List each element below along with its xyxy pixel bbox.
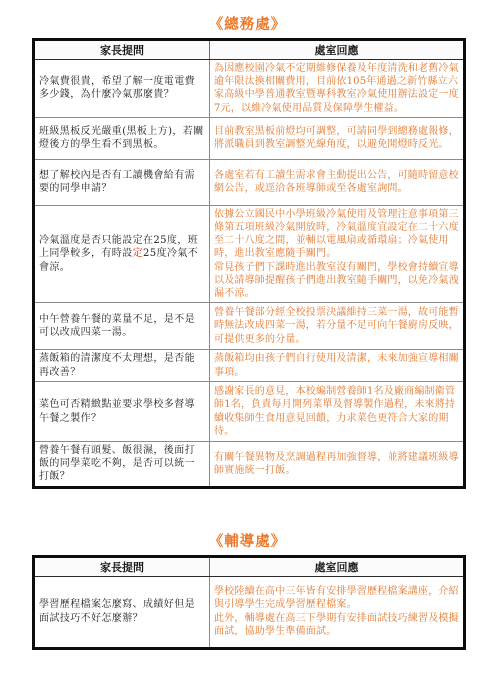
question-cell: 班級黑板反光嚴重(黑板上方)，若關燈後方的學生看不到黑板。 [34, 117, 210, 159]
answer-cell: 目前教室黑板前燈均可調整，可請同學到總務處報修，將派職員到教室調整光線角度，以避… [210, 117, 465, 159]
question-cell: 蒸飯箱的清潔度不太理想，是否能再改善？ [34, 350, 210, 382]
answer-cell: 營養午餐部分經全校投票決議維持三菜一湯，故可能暫時無法改成四菜一湯，若分量不足可… [210, 303, 465, 350]
section-general-affairs: 《總務處》 家長提問 處室回應 冷氣費很貴，希望了解一度電電費多少錢，為什麼冷氣… [32, 13, 463, 489]
question-cell: 營養午餐有頭髮、飯很濕，後面打飯的同學菜吃不夠，是否可以統一打飯？ [34, 442, 210, 488]
table-row: 班級黑板反光嚴重(黑板上方)，若關燈後方的學生看不到黑板。 目前教室黑板前燈均可… [34, 117, 465, 159]
answer-cell: 各處室若有工讀生需求會主動提出公告，可隨時留意校網公告，或逕洽各班導師或至各處室… [210, 159, 465, 205]
column-header-parent-question: 家長提問 [34, 556, 210, 576]
highlighted-character: 定 [133, 248, 143, 259]
table-header-row: 家長提問 處室回應 [34, 556, 465, 576]
question-cell: 菜色可否精緻點並要求學校多督導午餐之製作？ [34, 382, 210, 442]
question-cell: 想了解校內是否有工讀機會給有需要的同學申請？ [34, 159, 210, 205]
table-row: 想了解校內是否有工讀機會給有需要的同學申請？ 各處室若有工讀生需求會主動提出公告… [34, 159, 465, 205]
column-header-office-response: 處室回應 [210, 556, 465, 576]
question-cell: 學習歷程檔案怎麼寫、成績好但是面試技巧不好怎麼辦？ [34, 576, 210, 648]
answer-cell: 學校陸續在高中三年皆有安排學習歷程檔案講座，介紹與引導學生完成學習歷程檔案。 此… [210, 576, 465, 648]
section-title-general-affairs: 《總務處》 [32, 13, 463, 34]
answer-cell: 依據公立國民中小學班級冷氣使用及管理注意事項第三條第五項班級冷氣開放時，冷氣溫度… [210, 205, 465, 302]
table-header-row: 家長提問 處室回應 [34, 40, 465, 60]
section-counseling: 《輔導處》 家長提問 處室回應 學習歷程檔案怎麼寫、成績好但是面試技巧不好怎麼辦… [32, 530, 463, 650]
table-row: 蒸飯箱的清潔度不太理想，是否能再改善？ 蒸飯箱均由孩子們自行使用及清潔，未來加強… [34, 350, 465, 382]
answer-cell: 為因應校園冷氣不定期維修保養及年度清洗和老舊冷氣逾年限汰換相關費用，目前依105… [210, 60, 465, 118]
answer-cell: 蒸飯箱均由孩子們自行使用及清潔，未來加強宣導相關事項。 [210, 350, 465, 382]
column-header-office-response: 處室回應 [210, 40, 465, 60]
table-row: 冷氣溫度是否只能設定在25度，班上同學較多，有時設定25度冷氣不會涼。 依據公立… [34, 205, 465, 302]
section-title-counseling: 《輔導處》 [32, 530, 463, 551]
answer-cell: 有關午餐異物及烹調過程再加強督導，並將建議班級導師實施統一打飯。 [210, 442, 465, 488]
qa-table-counseling: 家長提問 處室回應 學習歷程檔案怎麼寫、成績好但是面試技巧不好怎麼辦？ 學校陸續… [32, 555, 466, 650]
table-row: 冷氣費很貴，希望了解一度電電費多少錢，為什麼冷氣那麼貴？ 為因應校園冷氣不定期維… [34, 60, 465, 118]
question-cell: 中午營養午餐的菜量不足，是不是可以改成四菜一湯。 [34, 303, 210, 350]
table-row: 中午營養午餐的菜量不足，是不是可以改成四菜一湯。 營養午餐部分經全校投票決議維持… [34, 303, 465, 350]
document-page: 《總務處》 家長提問 處室回應 冷氣費很貴，希望了解一度電電費多少錢，為什麼冷氣… [0, 0, 495, 650]
question-cell: 冷氣費很貴，希望了解一度電電費多少錢，為什麼冷氣那麼貴？ [34, 60, 210, 118]
answer-cell: 感謝家長的意見，本校編制營養師1名及廠商編制衛管師1名，負責每月開列菜單及督導製… [210, 382, 465, 442]
column-header-parent-question: 家長提問 [34, 40, 210, 60]
qa-table-general-affairs: 家長提問 處室回應 冷氣費很貴，希望了解一度電電費多少錢，為什麼冷氣那麼貴？ 為… [32, 38, 466, 489]
table-row: 菜色可否精緻點並要求學校多督導午餐之製作？ 感謝家長的意見，本校編制營養師1名及… [34, 382, 465, 442]
table-row: 營養午餐有頭髮、飯很濕，後面打飯的同學菜吃不夠，是否可以統一打飯？ 有關午餐異物… [34, 442, 465, 488]
question-cell: 冷氣溫度是否只能設定在25度，班上同學較多，有時設定25度冷氣不會涼。 [34, 205, 210, 302]
table-row: 學習歷程檔案怎麼寫、成績好但是面試技巧不好怎麼辦？ 學校陸續在高中三年皆有安排學… [34, 576, 465, 648]
